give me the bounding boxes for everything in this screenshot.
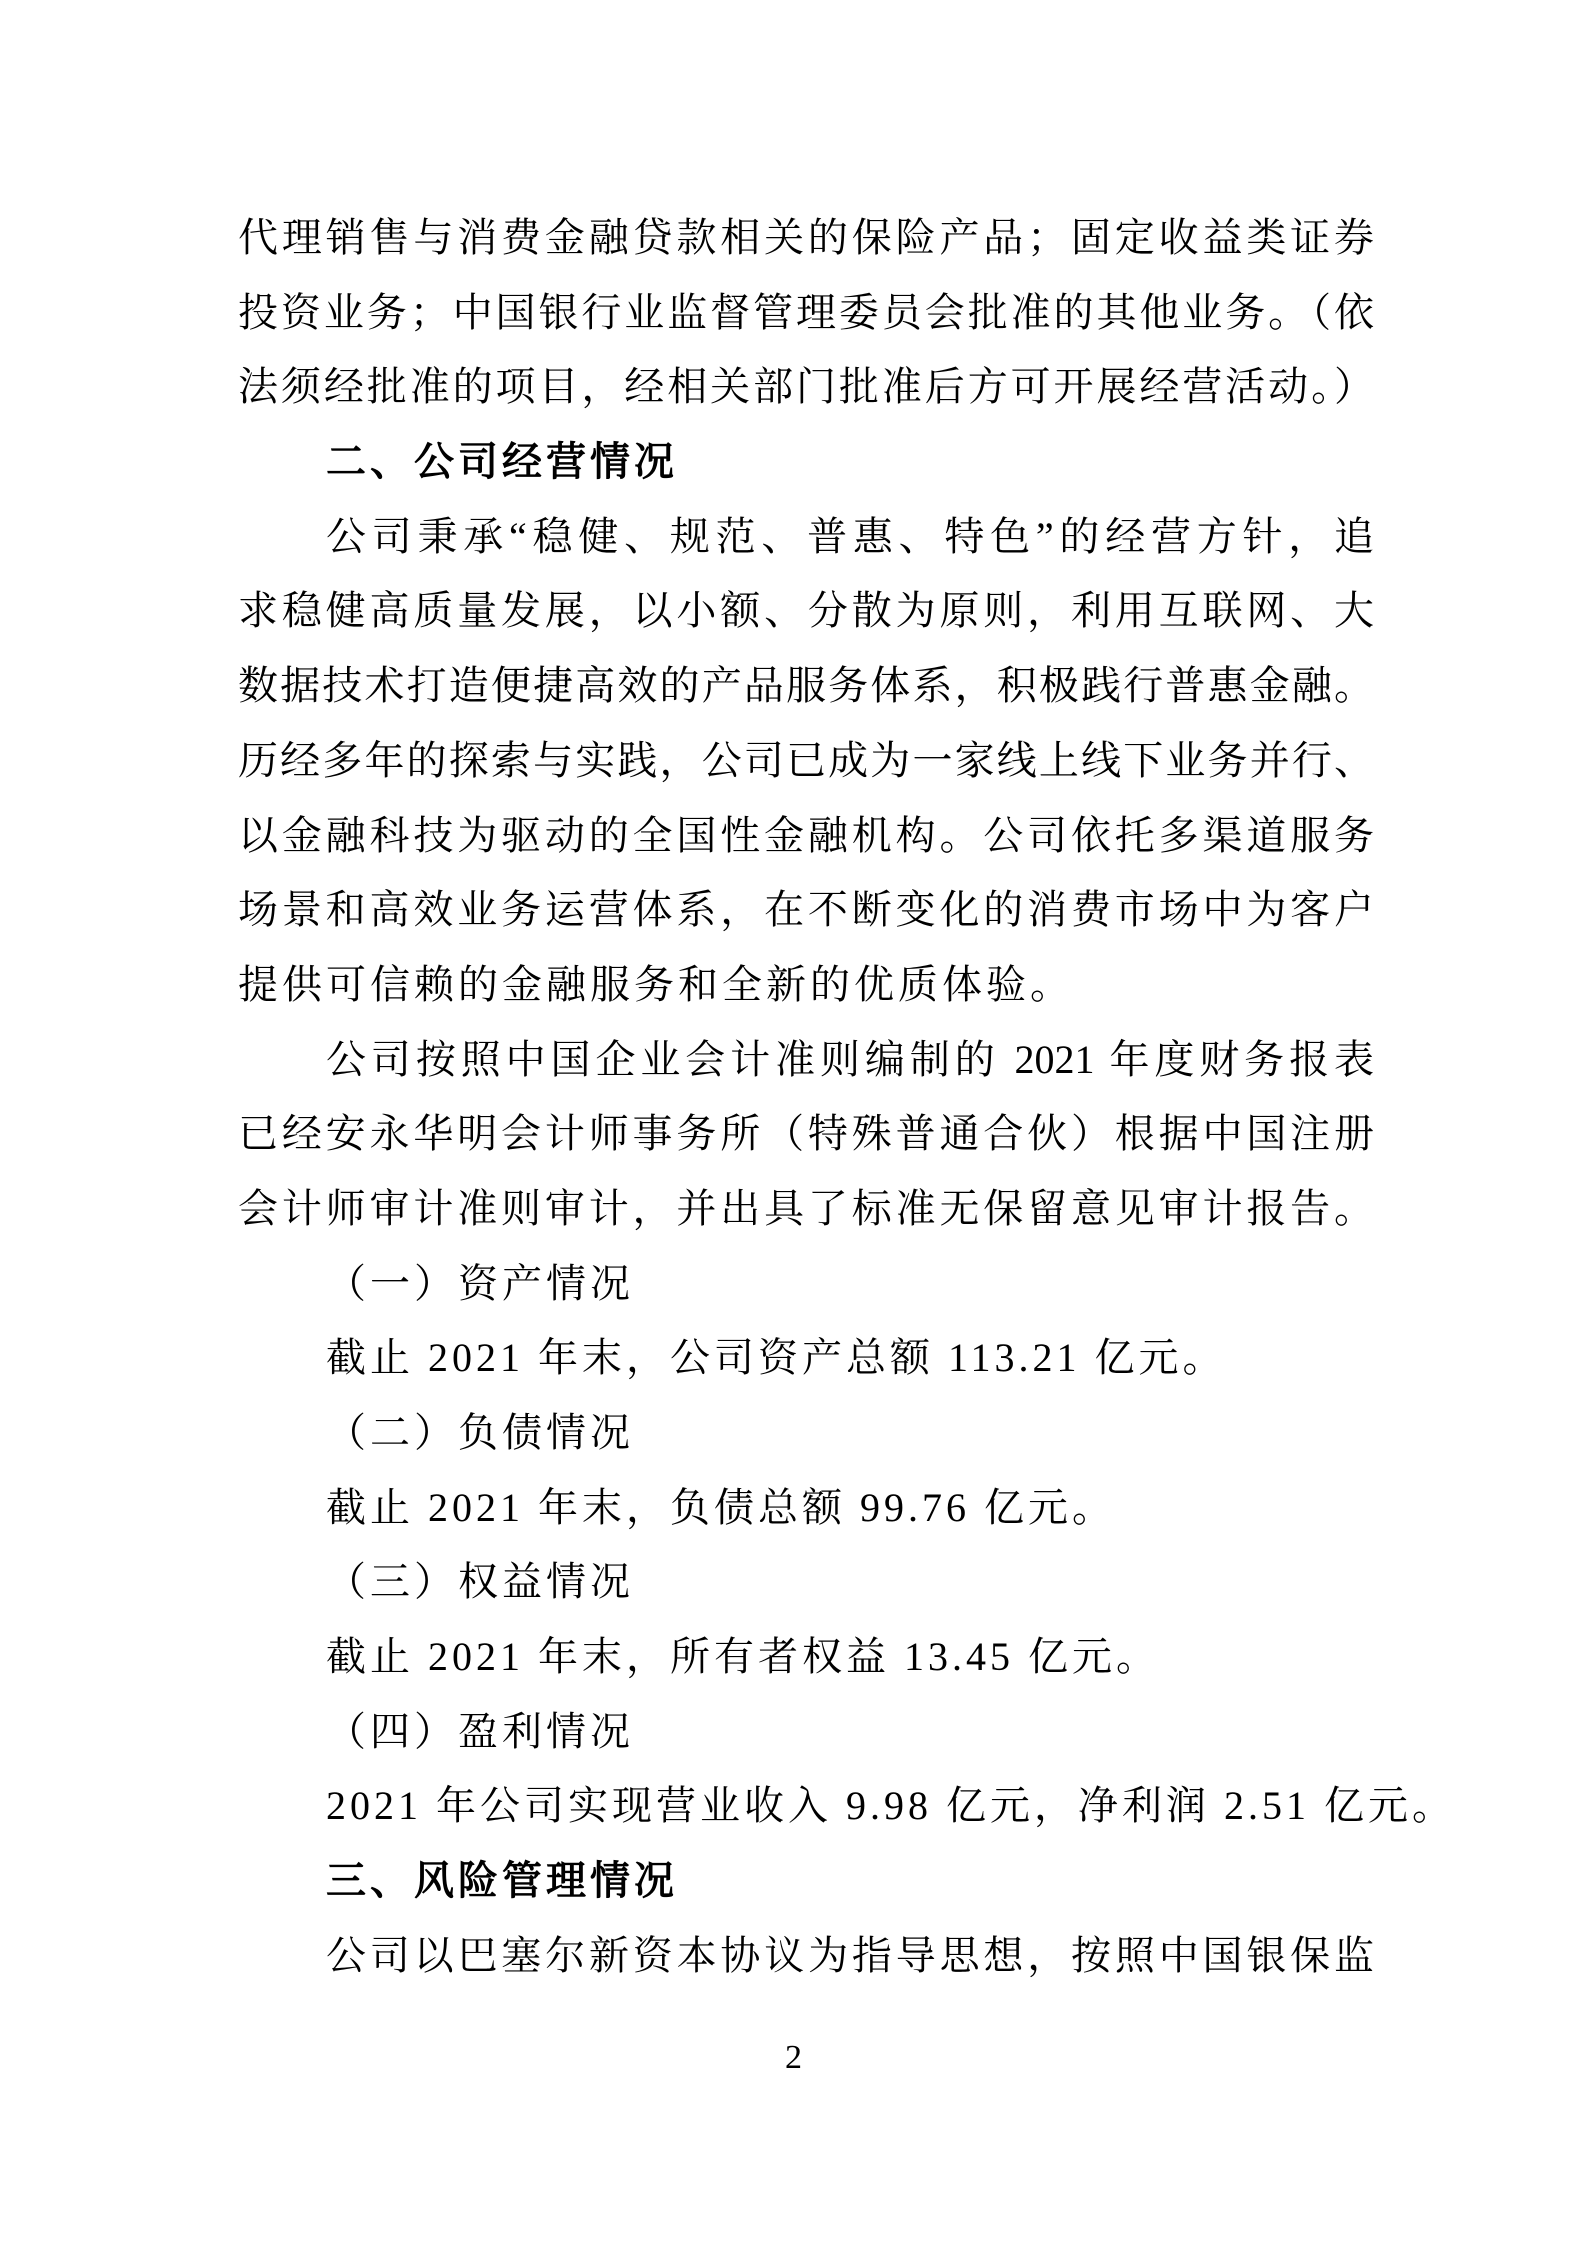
text-line: 以金融科技为驱动的全国性金融机构。公司依托多渠道服务 [238, 799, 1374, 874]
text-line: 2021 年公司实现营业收入 9.98 亿元，净利润 2.51 亿元。 [238, 1769, 1374, 1844]
text-line: 历经多年的探索与实践，公司已成为一家线上线下业务并行、 [238, 724, 1374, 799]
text-line: 场景和高效业务运营体系，在不断变化的消费市场中为客户 [238, 873, 1374, 948]
text-line: 提供可信赖的金融服务和全新的优质体验。 [238, 948, 1374, 1023]
text-line: 公司按照中国企业会计准则编制的 2021 年度财务报表 [238, 1023, 1374, 1098]
text-line: 法须经批准的项目，经相关部门批准后方可开展经营活动。） [238, 350, 1374, 425]
document-text: 代理销售与消费金融贷款相关的保险产品；固定收益类证券投资业务；中国银行业监督管理… [238, 201, 1374, 1994]
text-line: 数据技术打造便捷高效的产品服务体系，积极践行普惠金融。 [238, 649, 1374, 724]
text-line: 截止 2021 年末，所有者权益 13.45 亿元。 [238, 1620, 1374, 1695]
text-line: （二）负债情况 [238, 1396, 1374, 1471]
text-line: 公司以巴塞尔新资本协议为指导思想，按照中国银保监 [238, 1919, 1374, 1994]
text-line: 三、风险管理情况 [238, 1844, 1374, 1919]
text-line: 二、公司经营情况 [238, 425, 1374, 500]
text-line: 会计师审计准则审计，并出具了标准无保留意见审计报告。 [238, 1172, 1374, 1247]
text-line: （四）盈利情况 [238, 1695, 1374, 1770]
text-line: 截止 2021 年末，公司资产总额 113.21 亿元。 [238, 1321, 1374, 1396]
text-line: 截止 2021 年末，负债总额 99.76 亿元。 [238, 1471, 1374, 1546]
text-line: 已经安永华明会计师事务所（特殊普通合伙）根据中国注册 [238, 1097, 1374, 1172]
page-number: 2 [0, 2036, 1587, 2080]
text-line: 代理销售与消费金融贷款相关的保险产品；固定收益类证券 [238, 201, 1374, 276]
text-line: 公司秉承“稳健、规范、普惠、特色”的经营方针，追 [238, 500, 1374, 575]
text-line: 投资业务；中国银行业监督管理委员会批准的其他业务。（依 [238, 276, 1374, 351]
text-line: （一）资产情况 [238, 1247, 1374, 1322]
text-line: 求稳健高质量发展，以小额、分散为原则，利用互联网、大 [238, 574, 1374, 649]
document-page: 代理销售与消费金融贷款相关的保险产品；固定收益类证券投资业务；中国银行业监督管理… [0, 0, 1587, 2245]
text-line: （三）权益情况 [238, 1545, 1374, 1620]
